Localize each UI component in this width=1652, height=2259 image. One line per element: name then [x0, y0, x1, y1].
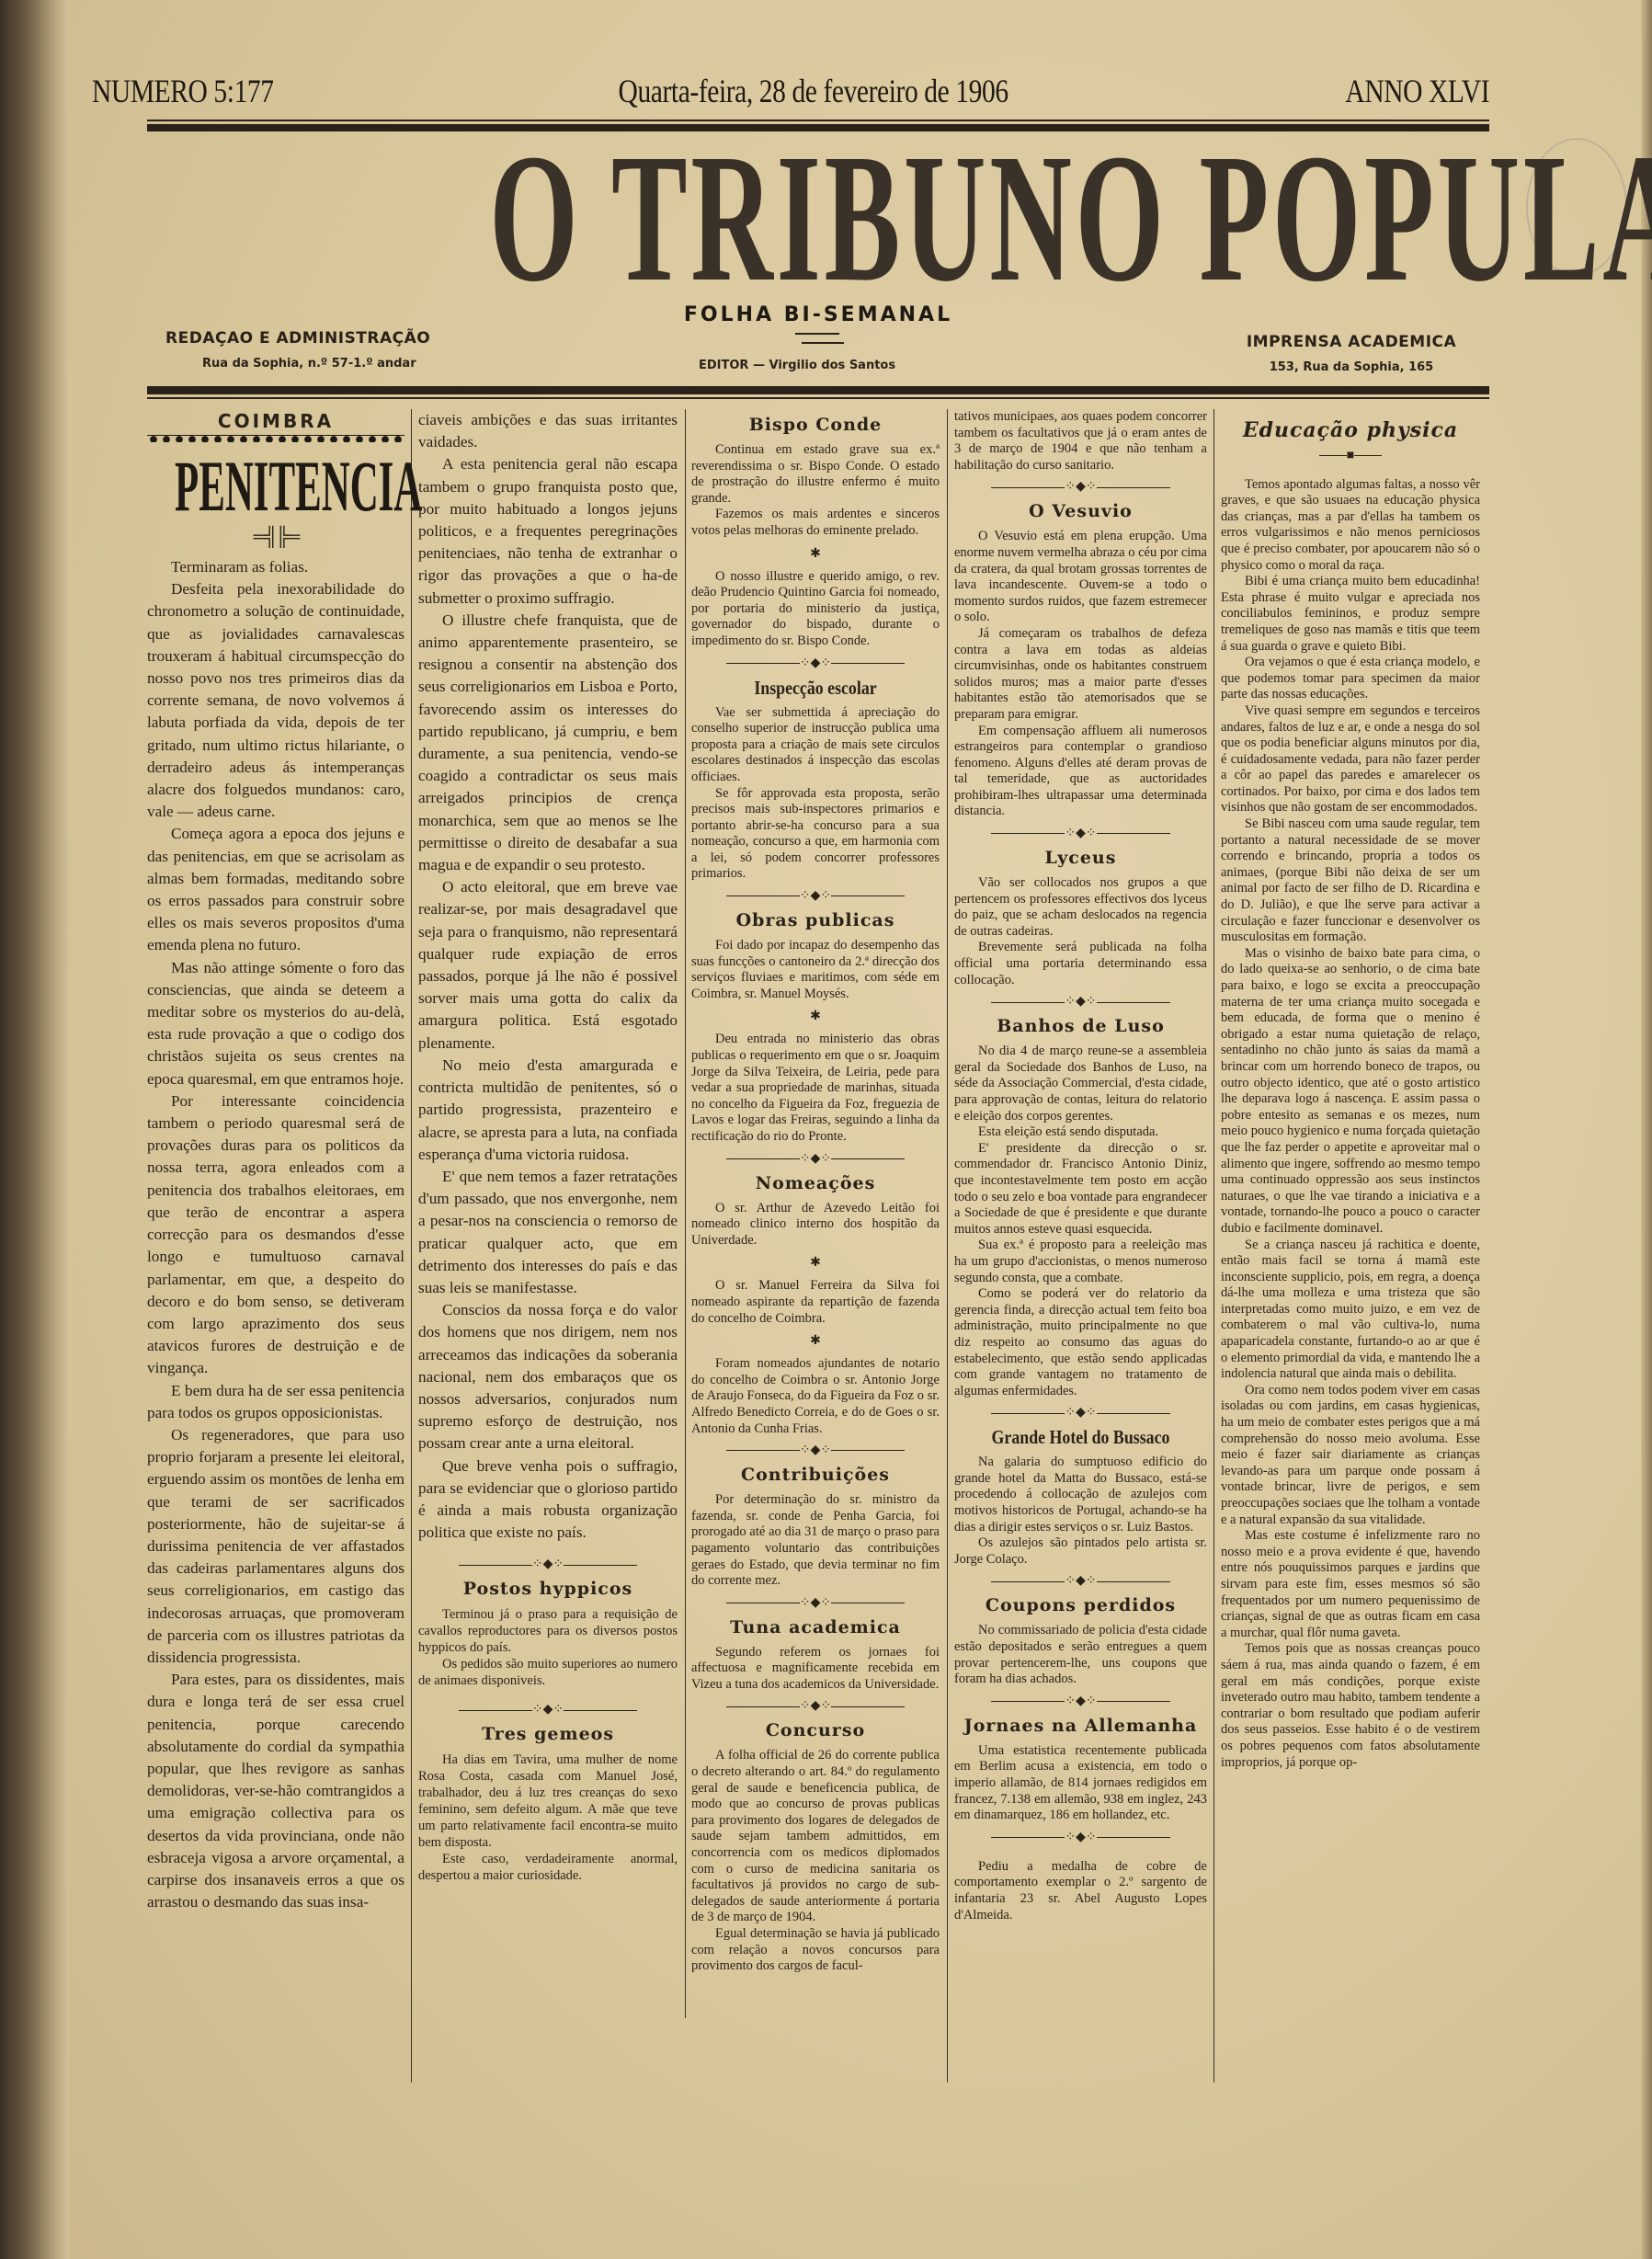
- page-binding: [0, 0, 69, 2259]
- article-paragraph: Por interessante coincidencia tambem o p…: [147, 1090, 404, 1380]
- news-paragraph: O sr. Manuel Ferreira da Silva foi nomea…: [691, 1278, 940, 1327]
- newspaper-subtitle: FOLHA BI-SEMANAL: [634, 303, 1002, 326]
- page-edge: [1641, 0, 1652, 2259]
- article-paragraph: Mas não attinge sómente o foro das consc…: [147, 957, 404, 1090]
- news-paragraph: Continua em estado grave sua ex.ª revere…: [691, 442, 940, 507]
- section-divider: ⁘◆⁘: [691, 1595, 940, 1612]
- subtitle-rule-1: [795, 333, 839, 335]
- article-paragraph: Conscios da nossa força e do valor dos h…: [418, 1299, 678, 1455]
- news-paragraph: O nosso illustre e querido amigo, o rev.…: [691, 569, 940, 650]
- section-heading-concurso: Concurso: [691, 1718, 940, 1742]
- section-divider: ⁘◆⁘: [691, 656, 940, 672]
- section-heading-lyceus: Lyceus: [954, 846, 1207, 870]
- column-divider-3: [947, 409, 948, 2082]
- section-label-coimbra: COIMBRA: [147, 409, 404, 433]
- news-paragraph: Segundo referem os jornaes foi affectuos…: [691, 1645, 940, 1694]
- article-paragraph: Terminaram as folias.: [147, 556, 404, 578]
- press-address: 153, Rua da Sophia, 165: [1232, 360, 1471, 374]
- news-paragraph: A folha official de 26 do corrente publi…: [691, 1748, 940, 1926]
- section-heading-inspeccao-escolar: Inspecção escolar: [710, 676, 921, 700]
- section-heading-vesuvio: O Vesuvio: [954, 499, 1207, 523]
- news-paragraph: Deu entrada no ministerio das obras publ…: [691, 1032, 940, 1145]
- news-paragraph: Egual determinação se havia já publicado…: [691, 1926, 940, 1975]
- article-paragraph: Temos pois que as nossas creanças pouco …: [1221, 1641, 1480, 1771]
- news-paragraph: No dia 4 de março reune-se a assembleia …: [954, 1044, 1207, 1124]
- section-divider: ⁘◆⁘: [954, 479, 1207, 496]
- issue-date: Quarta-feira, 28 de fevereiro de 1906: [619, 72, 1008, 110]
- newspaper-title: O TRIBUNO POPULAR: [489, 136, 1156, 302]
- news-paragraph: Vão ser collocados nos grupos a que pert…: [954, 875, 1207, 940]
- article-paragraph: A esta penitencia geral não escapa tambe…: [418, 453, 678, 609]
- news-paragraph: Os azulejos são pintados pelo artista sr…: [954, 1535, 1207, 1568]
- section-heading-obras-publicas: Obras publicas: [691, 908, 940, 932]
- article-paragraph: Para estes, para os dissidentes, mais du…: [147, 1669, 404, 1913]
- news-paragraph: Pediu a medalha de cobre de comportament…: [954, 1859, 1207, 1923]
- article-paragraph: No meio d'esta amargurada e contricta mu…: [418, 1055, 678, 1166]
- section-heading-tres-gemeos: Tres gemeos: [418, 1722, 678, 1746]
- section-divider: ⁘◆⁘: [954, 1830, 1207, 1846]
- news-paragraph: Em compensação affluem ali numerosos est…: [954, 724, 1207, 821]
- issue-year: ANNO XLVI: [1345, 72, 1489, 110]
- section-divider: ⁘◆⁘: [691, 1151, 940, 1168]
- section-heading-coupons-perdidos: Coupons perdidos: [954, 1593, 1207, 1617]
- section-divider: ⁘◆⁘: [954, 826, 1207, 842]
- article-paragraph: Se a criança nasceu já rachitica e doent…: [1221, 1238, 1480, 1383]
- news-paragraph: Na galaria do sumptuoso edificio do gran…: [954, 1455, 1207, 1535]
- section-divider: ⁘◆⁘: [418, 1702, 678, 1718]
- article-paragraph: E' que nem temos a fazer retratações d'u…: [418, 1166, 678, 1299]
- article-paragraph: Desfeita pela inexorabilidade do chronom…: [147, 578, 404, 823]
- article-paragraph: O acto eleitoral, que em breve vae reali…: [418, 876, 678, 1055]
- article-paragraph: Se Bibi nasceu com uma saude regular, te…: [1221, 816, 1480, 946]
- article-paragraph: Os regeneradores, que para uso proprio f…: [147, 1424, 404, 1669]
- section-heading-jornaes-allemanha: Jornaes na Allemanha: [954, 1714, 1207, 1738]
- title-ornament: ■: [1221, 448, 1480, 464]
- article-paragraph: Que breve venha pois o suffragio, para s…: [418, 1455, 678, 1545]
- administration-info: REDAÇAO E ADMINISTRAÇÃO Rua da Sophia, n…: [165, 329, 469, 371]
- news-paragraph: tativos municipaes, aos quaes podem conc…: [954, 409, 1207, 473]
- column-1: COIMBRA PENITENCIA ═╣╠═ Terminaram as fo…: [147, 409, 404, 1913]
- news-paragraph: Vae ser submettida á apreciação do conse…: [691, 705, 940, 786]
- section-divider: ⁘◆⁘: [954, 994, 1207, 1010]
- news-paragraph: Esta eleição está sendo disputada.: [954, 1124, 1207, 1141]
- news-paragraph: O Vesuvio está em plena erupção. Uma eno…: [954, 529, 1207, 626]
- article-paragraph: O illustre chefe franquista, que de anim…: [418, 610, 678, 876]
- asterisk-separator: ✱: [691, 1332, 940, 1351]
- column-divider-4: [1213, 409, 1214, 2082]
- news-paragraph: O sr. Arthur de Azevedo Leitão foi nomea…: [691, 1201, 940, 1249]
- column-3: Bispo Conde Continua em estado grave sua…: [691, 409, 940, 1975]
- news-paragraph: Sua ex.ª é proposto para a reeleição mas…: [954, 1238, 1207, 1286]
- news-paragraph: Por determinação do sr. ministro da faze…: [691, 1492, 940, 1590]
- section-heading-bispo-conde: Bispo Conde: [691, 413, 940, 437]
- press-info: IMPRENSA ACADEMICA 153, Rua da Sophia, 1…: [1232, 333, 1471, 374]
- article-paragraph: E bem dura ha de ser essa penitencia par…: [147, 1380, 404, 1424]
- article-paragraph: Temos apontado algumas faltas, a nosso v…: [1221, 477, 1480, 575]
- section-heading-postos-hyppicos: Postos hyppicos: [418, 1577, 678, 1601]
- administration-heading: REDAÇAO E ADMINISTRAÇÃO: [165, 329, 469, 348]
- section-divider: ⁘◆⁘: [954, 1573, 1207, 1590]
- article-title-penitencia: PENITENCIA: [175, 450, 377, 523]
- press-heading: IMPRENSA ACADEMICA: [1232, 333, 1471, 351]
- news-paragraph: E' presidente da direcção o sr. commenda…: [954, 1141, 1207, 1238]
- news-paragraph: Este caso, verdadeiramente anormal, desp…: [418, 1851, 678, 1884]
- section-divider: ⁘◆⁘: [418, 1557, 678, 1573]
- news-paragraph: Terminou já o praso para a requisição de…: [418, 1606, 678, 1656]
- section-heading-nomeacoes: Nomeações: [691, 1171, 940, 1195]
- asterisk-separator: ✱: [691, 545, 940, 564]
- administration-address: Rua da Sophia, n.º 57-1.º andar: [165, 357, 469, 371]
- dotted-rule: [147, 435, 404, 442]
- header-rule-thin: [147, 397, 1489, 399]
- section-divider: ⁘◆⁘: [691, 1698, 940, 1715]
- asterisk-separator: ✱: [691, 1008, 940, 1026]
- news-paragraph: Já começaram os trabalhos de defeza cont…: [954, 626, 1207, 724]
- header-rule-thick: [147, 386, 1489, 394]
- column-4: tativos municipaes, aos quaes podem conc…: [954, 409, 1207, 1923]
- news-paragraph: Ha dias em Tavira, uma mulher de nome Ro…: [418, 1751, 678, 1851]
- news-paragraph: Os pedidos são muito superiores ao numer…: [418, 1656, 678, 1689]
- section-divider: ⁘◆⁘: [691, 888, 940, 905]
- title-ornament: ═╣╠═: [147, 527, 404, 547]
- section-heading-tuna-academica: Tuna academica: [691, 1615, 940, 1639]
- section-divider: ⁘◆⁘: [691, 1443, 940, 1459]
- editor-line: EDITOR — Virgilio dos Santos: [699, 359, 956, 372]
- section-heading-banhos-de-luso: Banhos de Luso: [954, 1014, 1207, 1038]
- news-paragraph: No commissariado de policia d'esta cidad…: [954, 1623, 1207, 1687]
- article-paragraph: Mas este costume é infelizmente raro no …: [1221, 1528, 1480, 1641]
- masthead-top-line: NUMERO 5:177 Quarta-feira, 28 de feverei…: [92, 72, 1489, 118]
- news-paragraph: Como se poderá ver do relatorio da geren…: [954, 1286, 1207, 1399]
- article-paragraph: Ora vejamos o que é esta criança modelo,…: [1221, 655, 1480, 703]
- news-paragraph: Brevemente será publicada na folha offic…: [954, 940, 1207, 988]
- section-heading-contribuicoes: Contribuições: [691, 1463, 940, 1487]
- article-paragraph: Vive quasi sempre em segundos e terceiro…: [1221, 703, 1480, 816]
- column-5: Educação physica ■ Temos apontado alguma…: [1221, 409, 1480, 1771]
- section-divider: ⁘◆⁘: [954, 1405, 1207, 1421]
- news-paragraph: Uma estatistica recentemente publicada e…: [954, 1743, 1207, 1824]
- article-paragraph: Bibi é uma criança muito bem educadinha!…: [1221, 574, 1480, 655]
- article-title-educacao-physica: Educação physica: [1221, 418, 1480, 442]
- news-paragraph: Foi dado por incapaz do desempenho das s…: [691, 938, 940, 1002]
- section-divider: ⁘◆⁘: [954, 1694, 1207, 1710]
- column-divider-2: [685, 409, 686, 2018]
- asterisk-separator: ✱: [691, 1254, 940, 1272]
- news-paragraph: Foram nomeados ajundantes de notario do …: [691, 1356, 940, 1437]
- news-paragraph: Fazemos os mais ardentes e sinceros voto…: [691, 507, 940, 539]
- article-paragraph: Ora como nem todos podem viver em casas …: [1221, 1383, 1480, 1528]
- section-heading-grande-hotel: Grande Hotel do Bussaco: [974, 1425, 1189, 1449]
- subtitle-rule-2: [802, 342, 844, 344]
- column-divider-1: [411, 409, 412, 2082]
- issue-number: NUMERO 5:177: [92, 72, 274, 110]
- news-paragraph: Se fôr approvada esta proposta, serão pr…: [691, 786, 940, 884]
- column-2: ciaveis ambições e das suas irritantes v…: [418, 409, 678, 1884]
- article-paragraph: Começa agora a epoca dos jejuns e das pe…: [147, 823, 404, 956]
- article-paragraph: ciaveis ambições e das suas irritantes v…: [418, 409, 678, 453]
- article-paragraph: Mas o visinho de baixo bate para cima, o…: [1221, 946, 1480, 1238]
